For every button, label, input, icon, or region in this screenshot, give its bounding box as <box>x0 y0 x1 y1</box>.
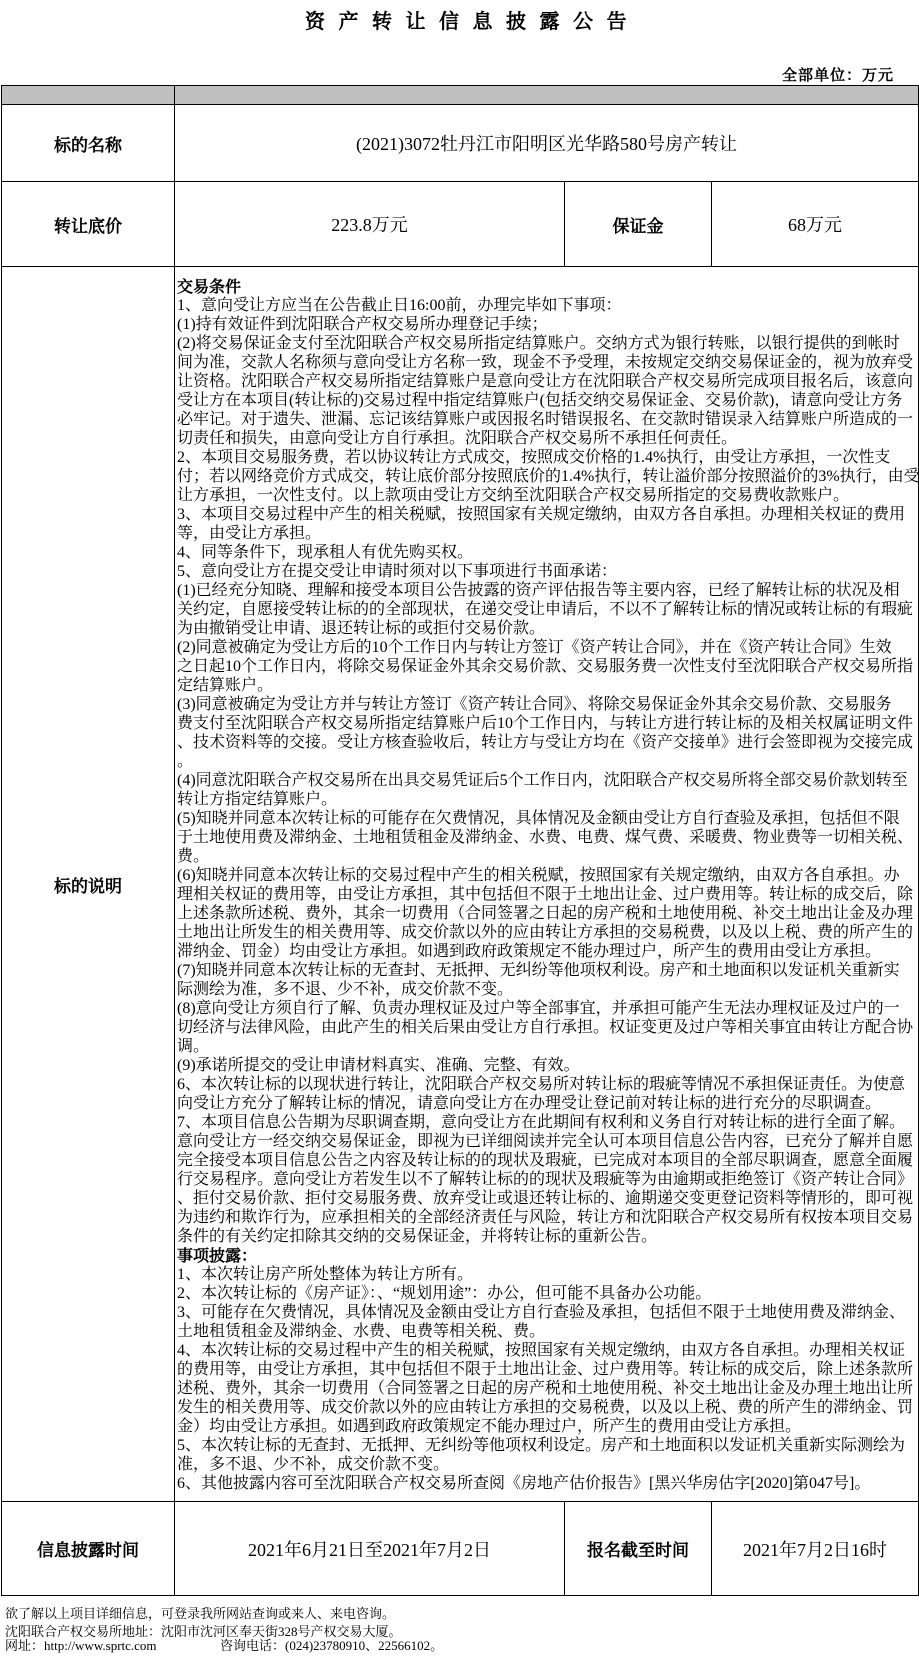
description-line: 5、本次转让标的无查封、无抵押、无纠纷等他项权利设定。房产和土地面积以发证机关重… <box>177 1436 918 1455</box>
description-line: 等，由受让方承担。 <box>177 524 918 543</box>
header-cell-label-column <box>2 86 175 105</box>
description-line: 让资格。沈阳联合产权交易所指定结算账户是意向受让方在沈阳联合产权交易所完成项目报… <box>177 372 918 391</box>
description-body: 交易条件 1、意向受让方应当在公告截止日16:00前，办理完毕如下事项： (1)… <box>175 267 919 1502</box>
description-line: 2、本项目交易服务费，若以协议转让方式成交，按照成交价格的1.4%执行，由受让方… <box>177 448 918 467</box>
description-line: 。 <box>177 752 918 771</box>
description-line: 切责任和损失，由意向受让方自行承担。沈阳联合产权交易所不承担任何责任。 <box>177 429 918 448</box>
description-line: 费。 <box>177 847 918 866</box>
description-line: 6、其他披露内容可至沈阳联合产权交易所查阅《房地产估价报告》[黑兴华房估字[20… <box>177 1474 918 1493</box>
section-heading-trade-conditions: 交易条件 <box>177 277 918 296</box>
description-line: (9)承诺所提交的受让申请材料真实、准确、完整、有效。 <box>177 1056 918 1075</box>
description-line: 理相关权证的费用等，由受让方承担，其中包括但不限于土地出让金、过户费用等。转让标… <box>177 885 918 904</box>
description-line: 、技术资料等的交接。受让方核查验收后，转让方与受让方均在《资产交接单》进行会签即… <box>177 733 918 752</box>
footer-info-line: 欲了解以上项目详细信息，可登录我所网站查询或来人、来电咨询。 <box>5 1606 395 1621</box>
description-line: 费支付至沈阳联合产权交易所指定结算账户后10个工作日内，与转让方进行转让标的及相… <box>177 714 918 733</box>
unit-note: 全部单位：万元 <box>782 66 894 84</box>
footer-address-line: 沈阳联合产权交易所地址：沈阳市沈河区奉天街328号产权交易大厦。 <box>5 1624 402 1639</box>
disclosure-period-label: 信息披露时间 <box>2 1502 175 1596</box>
subject-name-label: 标的名称 <box>2 105 175 182</box>
description-line: (4)同意沈阳联合产权交易所在出具交易凭证后5个工作日内，沈阳联合产权交易所将全… <box>177 771 918 790</box>
registration-deadline-value: 2021年7月2日16时 <box>712 1502 919 1596</box>
deposit-value: 68万元 <box>712 182 919 267</box>
description-line: 准，多不退、少不补，成交价款不变。 <box>177 1455 918 1474</box>
description-line: (2)将交易保证金支付至沈阳联合产权交易所指定结算账户。交纳方式为银行转账，以银… <box>177 334 918 353</box>
description-line: 滞纳金、罚金）均由受让方承担。如遇到政府政策规定不能办理过户，所产生的费用由受让… <box>177 942 918 961</box>
table-header-row <box>2 86 919 105</box>
description-line: 的费用等，由受让方承担，其中包括但不限于土地出让金、过户费用等。转让标的成交后，… <box>177 1360 918 1379</box>
description-line: 际测绘为准，多不退、少不补，成交价款不变。 <box>177 980 918 999</box>
description-line: (6)知晓并同意本次转让标的交易过程中产生的相关税赋，按照国家有关规定缴纳，由双… <box>177 866 918 885</box>
description-line: 条件的有关约定扣除其交纳的交易保证金，并将转让标的重新公告。 <box>177 1227 918 1246</box>
header-cell-value-column <box>175 86 919 105</box>
description-line: (2)同意被确定为受让方后的10个工作日内与转让方签订《资产转让合同》，并在《资… <box>177 638 918 657</box>
description-line: 述税、费外，其余一切费用（合同签署之日起的房产税和土地使用税、补交土地出让金及办… <box>177 1379 918 1398</box>
description-line: 1、意向受让方应当在公告截止日16:00前，办理完毕如下事项： <box>177 296 918 315</box>
subject-name-row: 标的名称 (2021)3072牡丹江市阳明区光华路580号房产转让 <box>2 105 919 182</box>
description-line: 让方承担，一次性支付。以上款项由受让方交纳至沈阳联合产权交易所指定的交易费收款账… <box>177 486 918 505</box>
footer-contact-line: 网址：http://www.sprtc.com 咨询电话：(024)237809… <box>5 1638 905 1653</box>
description-line: 4、本次转让标的交易过程中产生的相关税赋，按照国家有关规定缴纳，由双方各自承担。… <box>177 1341 918 1360</box>
description-line: (3)同意被确定为受让方并与转让方签订《资产转让合同》、将除交易保证金外其余交易… <box>177 695 918 714</box>
description-line: 必牢记。对于遗失、泄漏、忘记该结算账户或因报名时错误报名、在交款时错误录入结算账… <box>177 410 918 429</box>
reserve-price-label: 转让底价 <box>2 182 175 267</box>
description-line: 4、同等条件下，现承租人有优先购买权。 <box>177 543 918 562</box>
description-line: 土地出让所发生的相关费用等、成交价款以外的应由转让方承担的交易税费，以及以上税、… <box>177 923 918 942</box>
section-heading-disclosures: 事项披露： <box>177 1246 918 1265</box>
description-line: 土地租赁租金及滞纳金、水费、电费等相关税、费。 <box>177 1322 918 1341</box>
description-row: 标的说明 交易条件 1、意向受让方应当在公告截止日16:00前，办理完毕如下事项… <box>2 267 919 1502</box>
description-line: 1、本次转让房产所处整体为转让方所有。 <box>177 1265 918 1284</box>
description-line: (1)已经充分知晓、理解和接受本项目公告披露的资产评估报告等主要内容，已经了解转… <box>177 581 918 600</box>
timing-row: 信息披露时间 2021年6月21日至2021年7月2日 报名截至时间 2021年… <box>2 1502 919 1596</box>
disclosure-period-value: 2021年6月21日至2021年7月2日 <box>175 1502 565 1596</box>
description-line: 为违约和欺诈行为，应承担相关的全部经济责任与风险，转让方和沈阳联合产权交易所有权… <box>177 1208 918 1227</box>
description-line: (1)持有效证件到沈阳联合产权交易所办理登记手续； <box>177 315 918 334</box>
description-line: 金）均由受让方承担。如遇到政府政策规定不能办理过户，所产生的费用由受让方承担。 <box>177 1417 918 1436</box>
description-line: 切经济与法律风险，由此产生的相关后果由受让方自行承担。权证变更及过户等相关事宜由… <box>177 1018 918 1037</box>
description-line: 为由撤销受让申请、退还转让标的或拒付交易价款。 <box>177 619 918 638</box>
price-row: 转让底价 223.8万元 保证金 68万元 <box>2 182 919 267</box>
description-line: 之日起10个工作日内，将除交易保证金外其余交易价款、交易服务费一次性支付至沈阳联… <box>177 657 918 676</box>
description-line: 于土地使用费及滞纳金、土地租赁租金及滞纳金、水费、电费、煤气费、采暖费、物业费等… <box>177 828 918 847</box>
description-line: (5)知晓并同意本次转让标的可能存在欠费情况，具体情况及金额由受让方自行查验及承… <box>177 809 918 828</box>
footer-website: 网址：http://www.sprtc.com <box>5 1638 157 1653</box>
description-line: (8)意向受让方须自行了解、负责办理权证及过户等全部事宜，并承担可能产生无法办理… <box>177 999 918 1018</box>
description-line: 向受让方充分了解转让标的情况，请意向受让方在办理受让登记前对转让标的进行充分的尽… <box>177 1094 918 1113</box>
page-title: 资产转让信息披露公告 <box>305 9 640 33</box>
info-table: 标的名称 (2021)3072牡丹江市阳明区光华路580号房产转让 转让底价 2… <box>1 85 919 1596</box>
description-line: 完全接受本项目信息公告之内容及转让标的的现状及瑕疵，已完成对本项目的全部尽职调查… <box>177 1151 918 1170</box>
description-line: 、拒付交易价款、拒付交易服务费、放弃受让或退还转让标的、逾期递交变更登记资料等情… <box>177 1189 918 1208</box>
reserve-price-value: 223.8万元 <box>175 182 565 267</box>
registration-deadline-label: 报名截至时间 <box>565 1502 712 1596</box>
description-line: 转让方指定结算账户。 <box>177 790 918 809</box>
description-line: 7、本项目信息公告期为尽职调查期，意向受让方在此期间有权利和义务自行对转让标的进… <box>177 1113 918 1132</box>
description-line: 发生的相关费用等、成交价款以外的应由转让方承担的交易税费，以及以上税、费的所产生… <box>177 1398 918 1417</box>
description-line: 行交易程序。意向受让方若发生以不了解转让标的的现状及瑕疵等为由逾期或拒绝签订《资… <box>177 1170 918 1189</box>
description-line: 3、本项目交易过程中产生的相关税赋，按照国家有关规定缴纳，由双方各自承担。办理相… <box>177 505 918 524</box>
subject-name-value: (2021)3072牡丹江市阳明区光华路580号房产转让 <box>175 105 919 182</box>
description-line: 2、本次转让标的《房产证》：、“规划用途”：办公，但可能不具备办公功能。 <box>177 1284 918 1303</box>
description-line: 关约定，自愿接受转让标的的全部现状，在递交受让申请后，不以不了解转让标的情况或转… <box>177 600 918 619</box>
footer-phone: 咨询电话：(024)23780910、22566102。 <box>220 1638 443 1653</box>
description-label: 标的说明 <box>2 267 175 1502</box>
description-line: 3、可能存在欠费情况，具体情况及金额由受让方自行查验及承担，包括但不限于土地使用… <box>177 1303 918 1322</box>
description-line: 定结算账户。 <box>177 676 918 695</box>
description-line: 付；若以网络竞价方式成交，转让底价部分按照底价的1.4%执行，转让溢价部分按照溢… <box>177 467 918 486</box>
description-line: (7)知晓并同意本次转让标的无查封、无抵押、无纠纷等他项权利设。房产和土地面积以… <box>177 961 918 980</box>
description-line: 6、本次转让标的以现状进行转让，沈阳联合产权交易所对转让标的瑕疵等情况不承担保证… <box>177 1075 918 1094</box>
description-line: 调。 <box>177 1037 918 1056</box>
description-line: 上述条款所述税、费外，其余一切费用（合同签署之日起的房产税和土地使用税、补交土地… <box>177 904 918 923</box>
description-line: 意向受让方一经交纳交易保证金，即视为已详细阅读并完全认可本项目信息公告内容，已充… <box>177 1132 918 1151</box>
deposit-label: 保证金 <box>565 182 712 267</box>
description-line: 受让方在本项目(转让标的)交易过程中指定结算账户(包括交纳交易保证金、交易价款)… <box>177 391 918 410</box>
description-line: 5、意向受让方在提交受让申请时须对以下事项进行书面承诺： <box>177 562 918 581</box>
description-line: 间为准，交款人名称须与意向受让方名称一致，现金不予受理，未按规定交纳交易保证金的… <box>177 353 918 372</box>
